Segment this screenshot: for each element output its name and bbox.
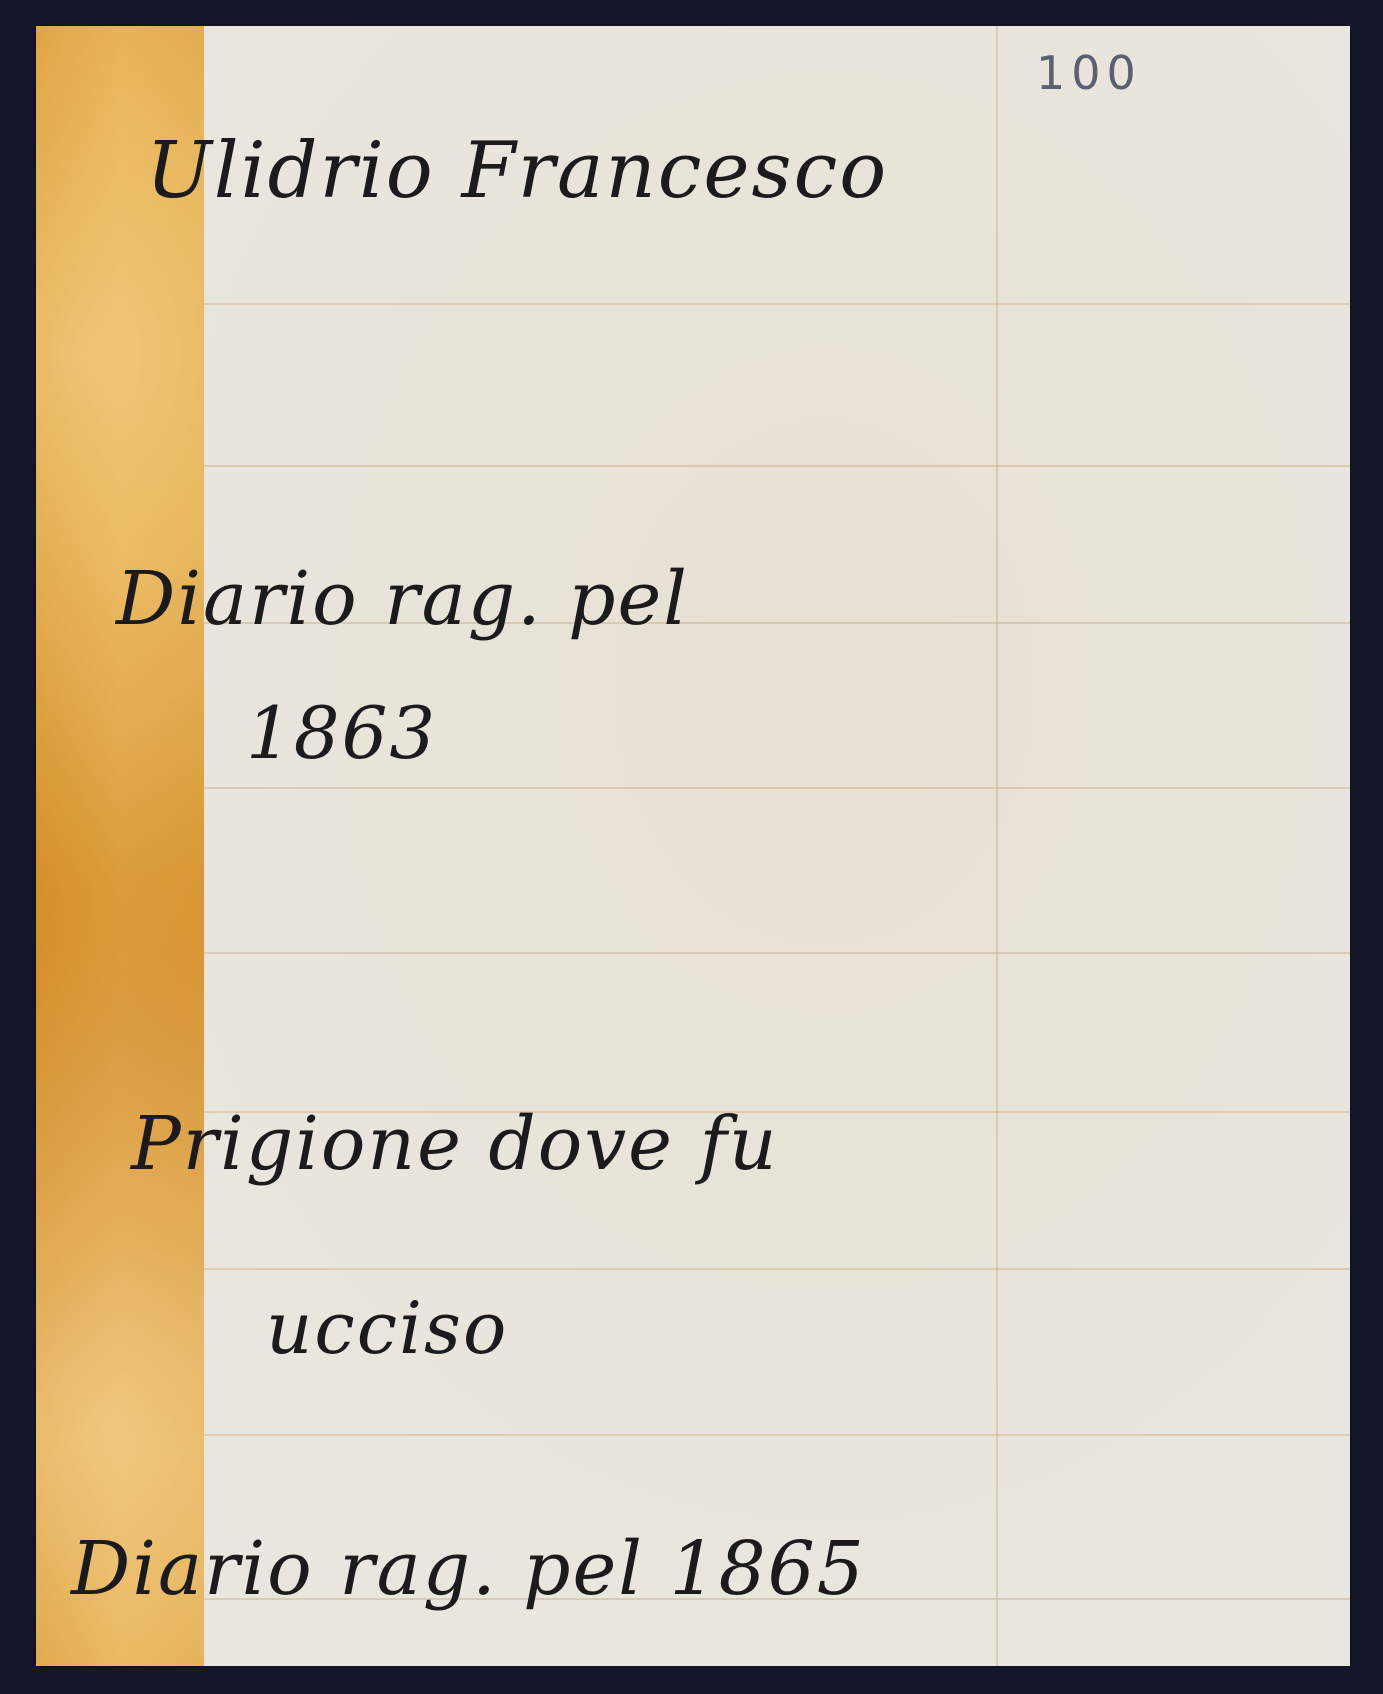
handwritten-entry-line: Diario rag. pel 1865 xyxy=(71,1526,866,1612)
handwritten-entry-line: Diario rag. pel xyxy=(116,556,689,642)
handwritten-entry-line: 1863 xyxy=(246,691,437,775)
ruled-line xyxy=(204,952,1350,954)
ruled-column-line xyxy=(996,26,998,1666)
document-card: 100 Ulidrio Francesco Diario rag. pel 18… xyxy=(36,26,1350,1666)
ruled-line xyxy=(204,1434,1350,1436)
stained-left-margin xyxy=(36,26,204,1666)
handwritten-entry-line: ucciso xyxy=(266,1286,508,1370)
handwritten-name: Ulidrio Francesco xyxy=(146,126,888,216)
ruled-line xyxy=(204,1268,1350,1270)
handwritten-entry-line: Prigione dove fu xyxy=(131,1101,779,1187)
ruled-line xyxy=(204,787,1350,789)
page-number: 100 xyxy=(1036,46,1142,100)
ruled-line xyxy=(204,465,1350,467)
ruled-line xyxy=(204,303,1350,305)
